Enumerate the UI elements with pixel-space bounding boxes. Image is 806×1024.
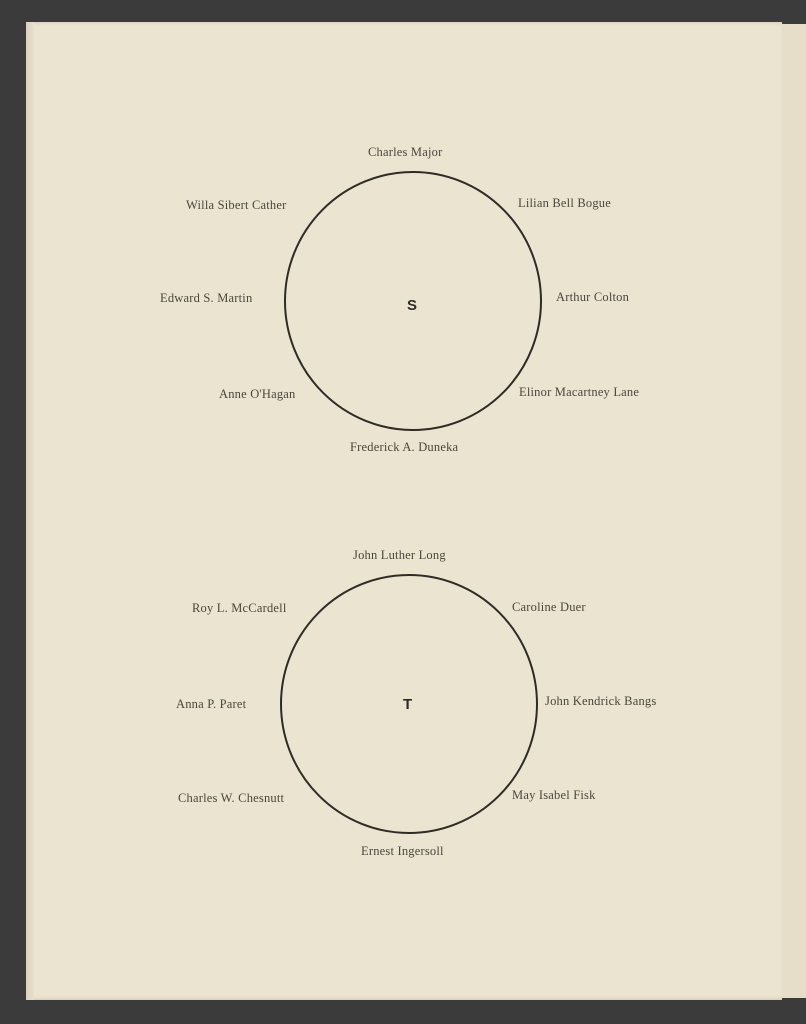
name-top-right: Caroline Duer <box>512 600 586 615</box>
name-bottom-right: Elinor Macartney Lane <box>519 385 639 400</box>
next-page-edge <box>780 24 806 998</box>
name-right: John Kendrick Bangs <box>545 694 656 709</box>
name-bottom-left: Charles W. Chesnutt <box>178 791 284 806</box>
name-top-right: Lilian Bell Bogue <box>518 196 611 211</box>
name-bottom-left: Anne O'Hagan <box>219 387 296 402</box>
name-top-left: Roy L. McCardell <box>192 601 287 616</box>
page-binding-edge <box>26 22 34 1000</box>
name-left: Anna P. Paret <box>176 697 246 712</box>
name-right: Arthur Colton <box>556 290 629 305</box>
name-top: Charles Major <box>368 145 442 160</box>
name-bottom-right: May Isabel Fisk <box>512 788 596 803</box>
name-bottom: Frederick A. Duneka <box>350 440 458 455</box>
table-letter-t: T <box>403 696 412 713</box>
name-left: Edward S. Martin <box>160 291 252 306</box>
name-bottom: Ernest Ingersoll <box>361 844 444 859</box>
table-letter-s: S <box>407 297 417 314</box>
name-top: John Luther Long <box>353 548 446 563</box>
name-top-left: Willa Sibert Cather <box>186 198 287 213</box>
